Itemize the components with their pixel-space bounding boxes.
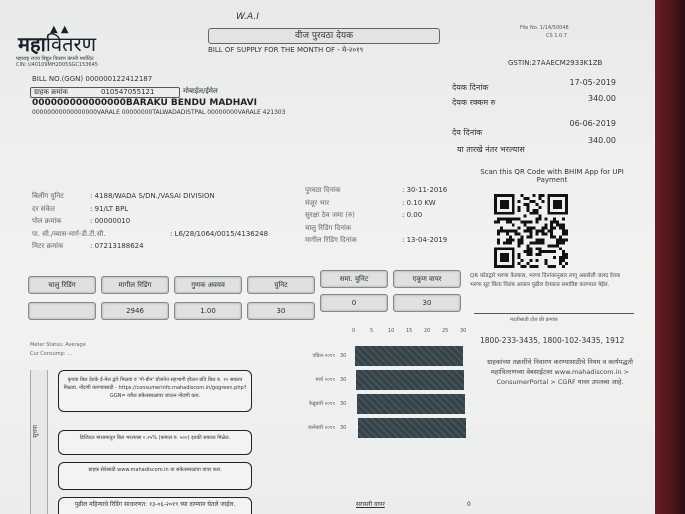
chart-x-tick: 25 (442, 328, 448, 334)
grievance-portal-text: ग्राहकांच्या तक्रारींचे निवारण करण्यासाठ… (480, 357, 640, 387)
meter-table-cell: 30 (393, 294, 461, 312)
consumer-name: 000000000000000BARAKU BENDU MADHAVI (32, 98, 257, 108)
bill-month: BILL OF SUPPLY FOR THE MONTH OF - मे-२०१… (208, 46, 363, 55)
bill-month-value: - मे-२०१९ (337, 46, 363, 54)
current-consumption: Cur Consump: ... (30, 351, 72, 357)
chart-bar-value: 30 (340, 401, 346, 407)
company-logo: महावितरण (18, 30, 96, 57)
notice-website: ग्राहक सेवेसाठी www.mahadiscom.in या संक… (58, 462, 252, 490)
chart-x-tick: 5 (370, 328, 373, 334)
helpline-label: मदतीसाठी टोल फ्री क्रमांक (510, 317, 558, 323)
meter-table-header: मागील रिडिंग (101, 276, 169, 294)
meter-table-cell: 0 (320, 294, 388, 312)
mobile-email-label: मोबाईल/ईमेल (183, 87, 218, 96)
notice-go-green: कृपया बिल देयके ई-मेल द्वारे मिळवा व 'गो… (58, 370, 252, 412)
consumer-address: 00000000000000000VARALE 00000000TALWADAD… (32, 109, 286, 116)
chart-bar-value: 30 (340, 353, 346, 359)
connection-value: : 30-11-2016 (402, 186, 447, 194)
connection-value: : L6/28/1064/0015/4136248 (170, 230, 268, 238)
chart-bar (355, 346, 463, 366)
bill-no-label: BILL NO.(GGN) (32, 75, 83, 83)
connection-label: सुरक्षा ठेव जमा (रु) (305, 211, 355, 220)
logo-light: वितरण (46, 32, 96, 56)
chart-x-tick: 15 (406, 328, 412, 334)
bill-date-label: देयक दिनांक (452, 82, 489, 93)
meter-table-cell (28, 302, 96, 320)
qr-caption: Scan this QR Code with BHIM App for UPI … (472, 168, 632, 184)
chart-bar-value: 30 (340, 377, 346, 383)
bill-amount-label: देयक रक्कम रु (452, 97, 495, 108)
bill-paper: ▲ ▲ महावितरण महाराष्ट्र राज्य विद्युत वि… (0, 0, 655, 514)
meter-table-cell: 2946 (101, 302, 169, 320)
chart-x-tick: 20 (424, 328, 430, 334)
chart-category-label: फेब्रुवारी २०१९ (295, 401, 335, 407)
meter-table-header: युनिट (247, 276, 315, 294)
bill-number: BILL NO.(GGN) 000000122412187 (32, 75, 152, 83)
connection-value: : 07213188624 (90, 242, 144, 250)
average-consumption-label: सरासरी वापर (356, 500, 385, 508)
connection-label: मिटर क्रमांक (32, 242, 63, 251)
connection-label: दर संकेत (32, 205, 55, 214)
notice-side-bar (30, 370, 48, 514)
file-number: File No. 1/14/50048 (520, 25, 569, 31)
notice-side-label: सूचना (32, 425, 40, 438)
connection-label: पोल क्रमांक (32, 217, 62, 226)
chart-category-label: एप्रिल-२०१९ (295, 353, 335, 359)
connection-label: पा. सी./व्यास-मार्ग-डी.टी.सी. (32, 230, 105, 239)
qr-note: QR कोडद्वारे भरणा केल्यास, भरणा दिनांकान… (470, 272, 630, 290)
chart-category-label: मार्च २०१९ (295, 377, 335, 383)
connection-label: मागील रिडिंग दिनांक (305, 236, 357, 245)
connection-value: : 4188/WADA S/DN./VASAI DIVISION (90, 192, 215, 200)
handwritten-note: W.A.I (236, 12, 259, 22)
meter-table-cell: 30 (247, 302, 315, 320)
bill-month-label: BILL OF SUPPLY FOR THE MONTH OF (208, 46, 335, 54)
connection-label: पुरवठा दिनांक (305, 186, 340, 195)
connection-value: : 00000010 (90, 217, 130, 225)
bill-no-value: 000000122412187 (85, 75, 152, 83)
chart-x-tick: 0 (352, 328, 355, 334)
meter-table-cell: 1.00 (174, 302, 242, 320)
chart-bar-value: 30 (340, 425, 346, 431)
bill-amount-value: 340.00 (536, 94, 616, 103)
chart-bar (357, 394, 465, 414)
consumer-no-label: ग्राहक क्रमांक (34, 88, 68, 96)
chart-bar (356, 370, 464, 390)
after-due-value: 340.00 (536, 136, 616, 145)
meter-table-header: चालु रिडिंग (28, 276, 96, 294)
consumer-number-box: ग्राहक क्रमांक 010547055121 (30, 87, 180, 98)
meter-table-header: एकूण वापर (393, 270, 461, 288)
meter-table-header: गुणक अवयव (174, 276, 242, 294)
chart-bar (358, 418, 466, 438)
notice-digital-payment: डिजिटल माध्यमातून बिल भरल्यास ०.२५% (कमा… (58, 430, 252, 455)
meter-status: Meter Status: Average (30, 342, 86, 348)
after-due-label: या तारखे नंतर भरल्यास (457, 144, 525, 155)
connection-label: मंजूर भार (305, 199, 329, 208)
cin-number: CIN: U40109MH2005SGC153645 (16, 62, 98, 68)
average-consumption-value: 0 (467, 501, 471, 508)
due-date-label: देय दिनांक (452, 127, 482, 138)
chart-x-tick: 30 (460, 328, 466, 334)
helpline-numbers: 1800-233-3435, 1800-102-3435, 1912 (480, 336, 624, 345)
connection-label: चालु रिडिंग दिनांक (305, 224, 351, 233)
consumer-no-value: 010547055121 (101, 88, 154, 97)
notice-next-reading: पुढील महिन्याचे रिडिंग साधारणत: १३-०६-२०… (58, 497, 252, 514)
divider (474, 313, 634, 314)
connection-value: : 0.00 (402, 211, 422, 219)
chart-x-tick: 10 (388, 328, 394, 334)
connection-value: : 91/LT BPL (90, 205, 128, 213)
due-date-value: 06-06-2019 (536, 119, 616, 128)
connection-value: : 13-04-2019 (402, 236, 447, 244)
document-title: वीज पुरवठा देयक (208, 28, 440, 44)
meter-table-header: समा. युनिट (320, 270, 388, 288)
background-table-edge (655, 0, 685, 514)
qr-code-icon (494, 190, 568, 272)
connection-value: : 0.10 KW (402, 199, 436, 207)
file-number-2: CS 1.0.7 (546, 33, 567, 39)
chart-category-label: जानेवारी २०१९ (295, 425, 335, 431)
connection-label: बिलींग युनिट (32, 192, 64, 201)
gstin: GSTIN:27AAECM2933K1ZB (508, 59, 602, 67)
logo-bold: महा (18, 32, 46, 56)
bill-date-value: 17-05-2019 (536, 78, 616, 87)
